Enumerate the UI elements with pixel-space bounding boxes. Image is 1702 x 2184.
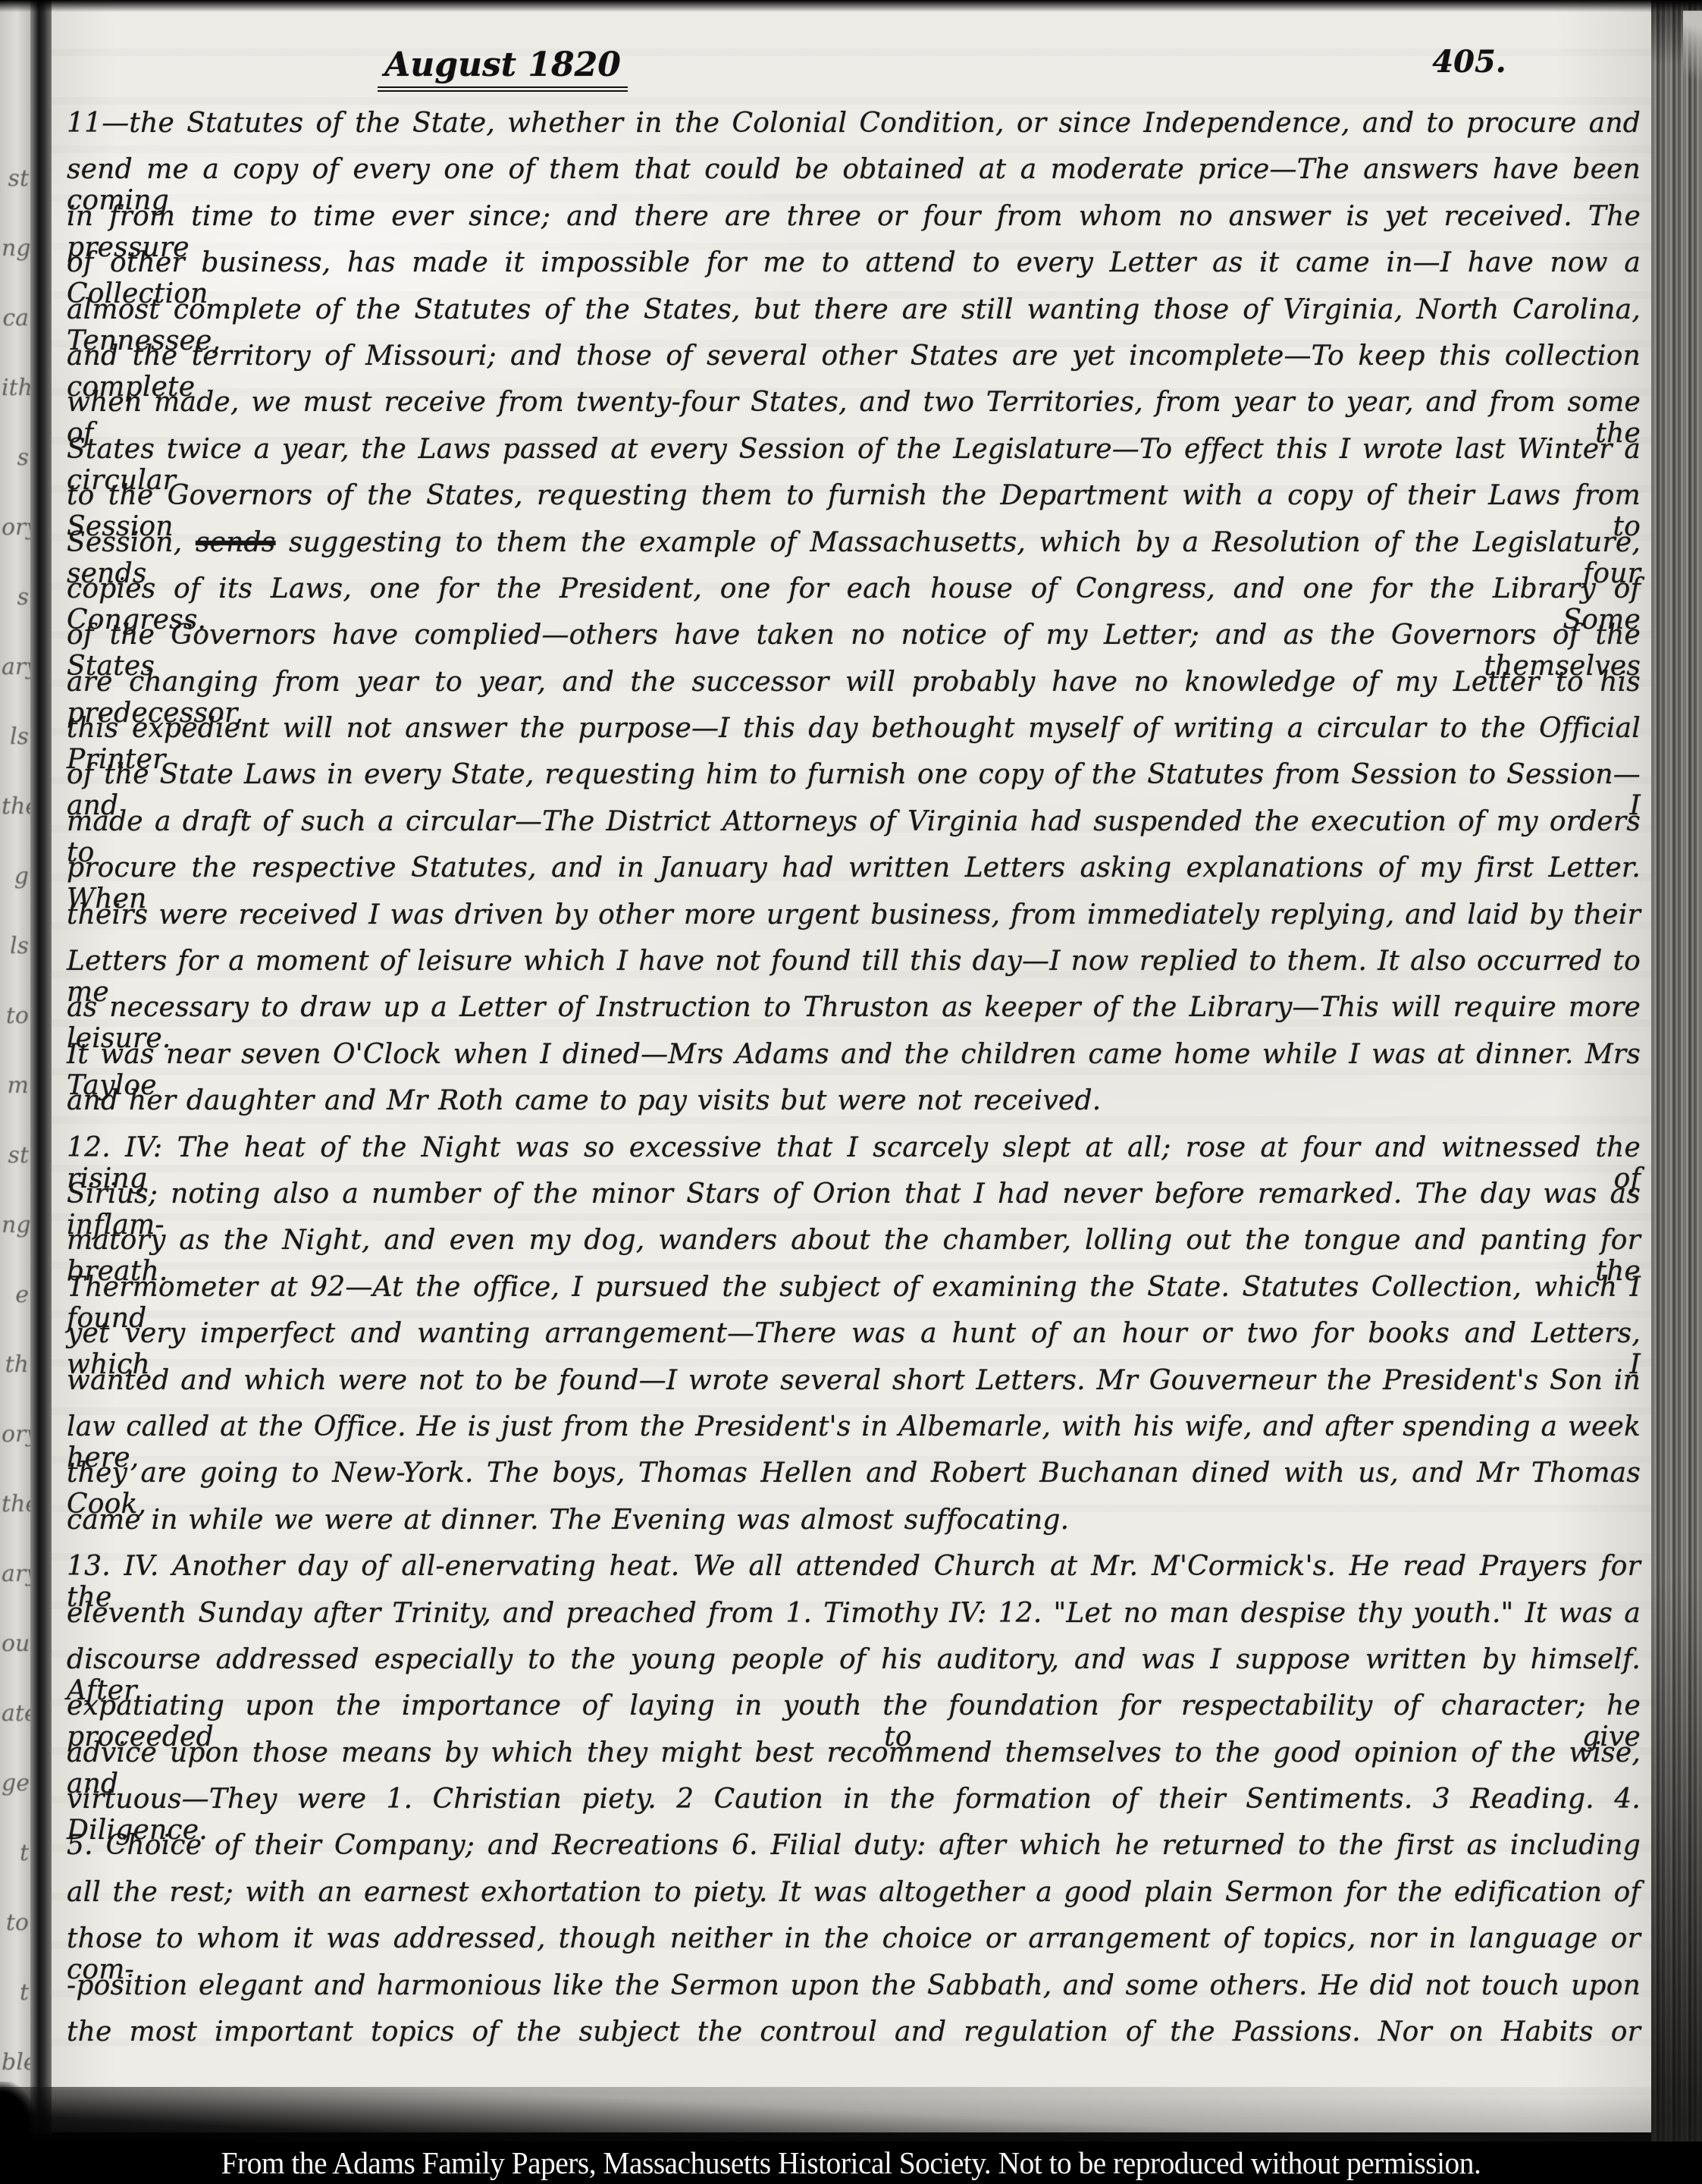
manuscript-line: came in while we were at dinner. The Eve… [67, 1505, 1641, 1551]
manuscript-line: of the Governors have complied—others ha… [67, 620, 1641, 666]
book-page-edges [1651, 0, 1702, 2184]
manuscript-line: are changing from year to year, and the … [67, 667, 1641, 713]
manuscript-line: Sirius; noting also a number of the mino… [67, 1178, 1641, 1225]
manuscript-line: they are going to New-York. The boys, Th… [67, 1458, 1641, 1504]
manuscript-line: theirs were received I was driven by oth… [67, 899, 1641, 946]
manuscript-line: 11—the Statutes of the State, whether in… [67, 108, 1641, 154]
manuscript-line: and the territory of Missouri; and those… [67, 340, 1641, 387]
manuscript-line: Letters for a moment of leisure which I … [67, 946, 1641, 992]
manuscript-line: 13. IV. Another day of all-enervating he… [67, 1551, 1641, 1597]
page-bottom-shadow [0, 2087, 1702, 2148]
manuscript-line: 12. IV: The heat of the Night was so exc… [67, 1132, 1641, 1178]
manuscript-line: send me a copy of every one of them that… [67, 154, 1641, 200]
top-scan-edge [0, 0, 1702, 12]
manuscript-line: this expedient will not answer the purpo… [67, 713, 1641, 759]
attribution-caption: From the Adams Family Papers, Massachuse… [34, 2145, 1668, 2181]
page-edge-highlight [1683, 11, 1702, 94]
manuscript-line: almost complete of the Statutes of the S… [67, 294, 1641, 340]
date-heading: August 1820 [378, 45, 628, 92]
manuscript-line: those to whom it was addressed, though n… [67, 1923, 1641, 1969]
manuscript-line: Session, sends suggesting to them the ex… [67, 527, 1641, 573]
manuscript-line: of the State Laws in every State, reques… [67, 759, 1641, 805]
scanned-page: st ng ca ith s ory s ary ls the g ls to … [0, 0, 1702, 2184]
manuscript-line: in from time to time ever since; and the… [67, 201, 1641, 247]
manuscript-line: It was near seven O'Clock when I dined—M… [67, 1039, 1641, 1085]
manuscript-line: all the rest; with an earnest exhortatio… [67, 1877, 1641, 1923]
manuscript-line: procure the respective Statutes, and in … [67, 852, 1641, 899]
manuscript-line: States twice a year, the Laws passed at … [67, 434, 1641, 480]
manuscript-line: as necessary to draw up a Letter of Inst… [67, 992, 1641, 1038]
manuscript-line: and her daughter and Mr Roth came to pay… [67, 1085, 1641, 1131]
manuscript-line: the most important topics of the subject… [67, 2016, 1641, 2063]
manuscript-line: to the Governors of the States, requesti… [67, 480, 1641, 526]
facing-page-edge: st ng ca ith s ory s ary ls the g ls to … [0, 0, 30, 2131]
manuscript-line: advice upon those means by which they mi… [67, 1737, 1641, 1784]
manuscript-line: Thermometer at 92—At the office, I pursu… [67, 1272, 1641, 1318]
manuscript-page: August 1820 405. 11—the Statutes of the … [52, 0, 1651, 2132]
manuscript-line: expatiating upon the importance of layin… [67, 1690, 1641, 1737]
facing-page-text-fragments: st ng ca ith s ory s ary ls the g ls to … [2, 144, 29, 2167]
page-number: 405. [1393, 44, 1545, 80]
manuscript-line: wanted and which were not to be found—I … [67, 1365, 1641, 1411]
manuscript-line: virtuous—They were 1. Christian piety. 2… [67, 1784, 1641, 1830]
manuscript-line: of other business, has made it impossibl… [67, 247, 1641, 293]
manuscript-line: 5. Choice of their Company; and Recreati… [67, 1830, 1641, 1876]
manuscript-line: matory as the Night, and even my dog, wa… [67, 1225, 1641, 1271]
manuscript-line: discourse addressed especially to the yo… [67, 1644, 1641, 1690]
manuscript-line: eleventh Sunday after Trinity, and preac… [67, 1598, 1641, 1644]
manuscript-line: when made, we must receive from twenty-f… [67, 387, 1641, 433]
manuscript-line: law called at the Office. He is just fro… [67, 1411, 1641, 1458]
manuscript-text: 11—the Statutes of the State, whether in… [67, 108, 1641, 2063]
manuscript-line: yet very imperfect and wanting arrangeme… [67, 1318, 1641, 1364]
manuscript-line: -position elegant and harmonious like th… [67, 1970, 1641, 2016]
caption-bar: From the Adams Family Papers, Massachuse… [0, 2142, 1702, 2184]
manuscript-line: copies of its Laws, one for the Presiden… [67, 573, 1641, 620]
manuscript-line: made a draft of such a circular—The Dist… [67, 806, 1641, 852]
book-gutter-shadow [30, 0, 52, 2135]
